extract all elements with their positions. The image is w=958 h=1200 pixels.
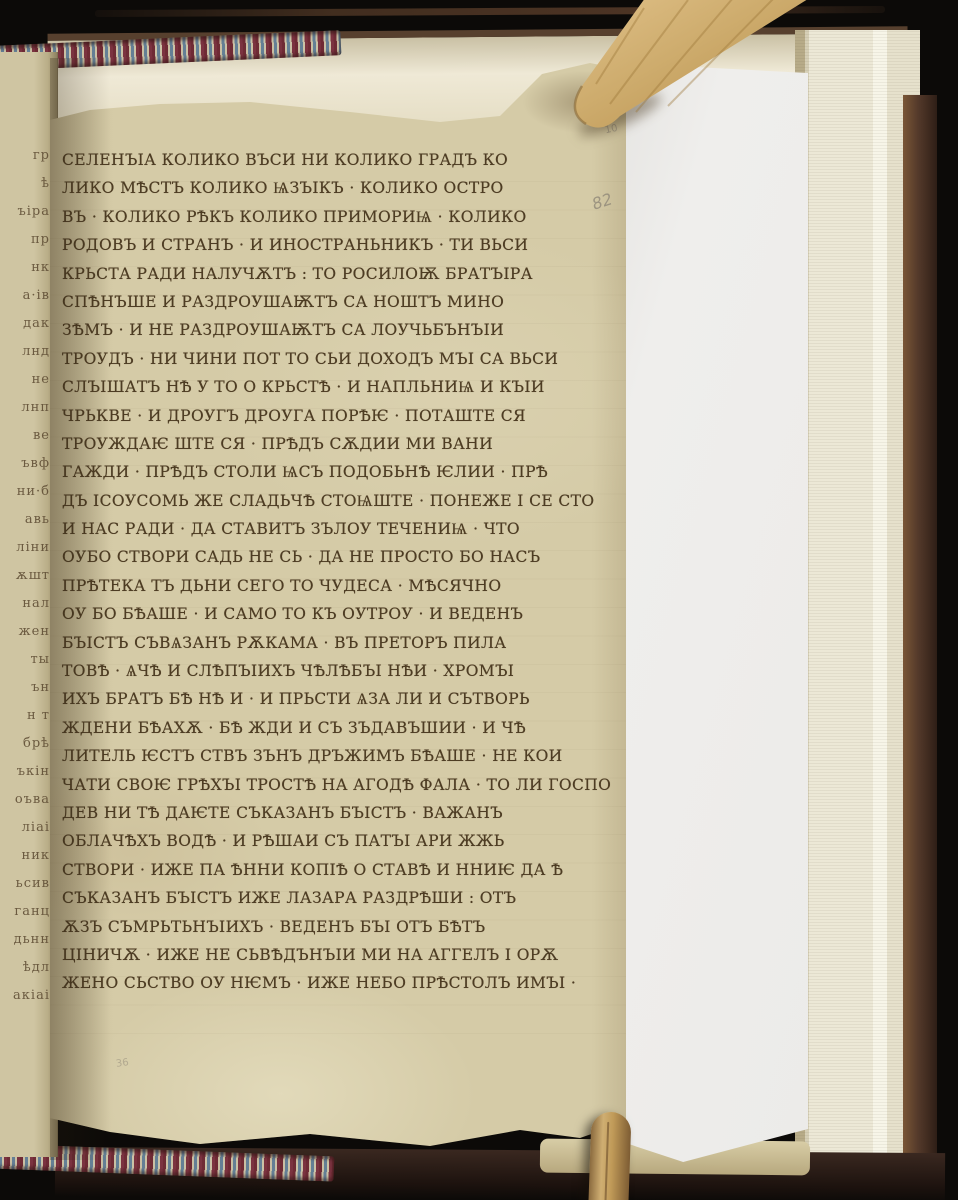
- manuscript-text-line: ТРОУДЪ · НИ ЧИНИ ПОТ ТО СЬИ ДОХОДЪ МЪІ С…: [62, 345, 614, 373]
- facing-page-fragment: брѣ: [0, 730, 50, 758]
- facing-page-fragment: ъвф: [0, 450, 50, 478]
- facing-page-fragment: ве: [0, 422, 50, 450]
- right-cover-board-edge: [903, 95, 937, 1190]
- facing-page-fragment: дьнн: [0, 926, 50, 954]
- manuscript-text-line: ОУ БО БѢАШЕ · И САМО ТО КЪ ОУТРОУ · И ВЕ…: [62, 600, 614, 628]
- facing-page-fragment: ън: [0, 674, 50, 702]
- facing-page-fragment: авь: [0, 506, 50, 534]
- facing-page-fragment: ѣдл: [0, 954, 50, 982]
- manuscript-text-line: И НАС РАДИ · ДА СТАВИТЪ ЗЪЛОУ ТЕЧЕНИѨ · …: [62, 515, 614, 543]
- facing-page-fragment: ни·б: [0, 478, 50, 506]
- manuscript-text-line: ЦІНИЧѪ · ИЖЕ НЕ СЬВѢДЪНЪІИ МИ НА АГГЕЛЪ …: [62, 941, 614, 969]
- wooden-holder-stick-bottom: [588, 1111, 631, 1200]
- manuscript-text-line: СПѢНЪШЕ И РАЗДРОУШАѬТЪ СА НОШТЪ МИНО: [62, 288, 614, 316]
- manuscript-text-line: ЛИТЕЛЬ ѤСТЪ СТВЪ ЗЪНЪ ДРЪЖИМЪ БѢАШЕ · НЕ…: [62, 742, 614, 770]
- facing-page-fragment: жен: [0, 618, 50, 646]
- facing-page-fragment: лнд: [0, 338, 50, 366]
- facing-page-fragment: нк: [0, 254, 50, 282]
- manuscript-text-line: ВЪ · КОЛИКО РѢКЪ КОЛИКО ПРИМОРИѨ · КОЛИК…: [62, 203, 614, 231]
- lower-margin-pencil: 36: [115, 1057, 129, 1070]
- fore-edge-page-stack: [795, 30, 920, 1190]
- facing-page-fragment: гр: [0, 142, 50, 170]
- facing-page-fragment: не: [0, 366, 50, 394]
- manuscript-photo-scene: грѣъірапрнка·івдаклнднелнпвеъвфни·бавьлі…: [0, 0, 958, 1200]
- facing-page-fragment: акіаі: [0, 982, 50, 1010]
- facing-page-fragment: дак: [0, 310, 50, 338]
- facing-page-text-fragments: грѣъірапрнка·івдаклнднелнпвеъвфни·бавьлі…: [0, 142, 50, 1010]
- facing-page-gutter-strip: грѣъірапрнка·івдаклнднелнпвеъвфни·бавьлі…: [0, 52, 58, 1157]
- manuscript-text-line: ТОВѢ · ѦЧѢ И СЛѢПЪІИХЪ ЧѢЛѢБЪІ НѢИ · ХРО…: [62, 657, 614, 685]
- manuscript-text-line: СТВОРИ · ИЖЕ ПА ѢННИ КОПІѢ О СТАВѢ И ННИ…: [62, 856, 614, 884]
- manuscript-text-line: ИХЪ БРАТЪ БѢ НѢ И · И ПРЬСТИ ѦЗА ЛИ И СЪ…: [62, 685, 614, 713]
- far-cover-edge: [95, 6, 885, 17]
- manuscript-text-line: ГАЖДИ · ПРѢДЪ СТОЛИ ѨСЪ ПОДОБЬНѢ ѤЛИИ · …: [62, 458, 614, 486]
- facing-page-fragment: пр: [0, 226, 50, 254]
- manuscript-text-line: ЧРЬКВЕ · И ДРОУГЪ ДРОУГА ПОРѢѤ · ПОТАШТЕ…: [62, 402, 614, 430]
- facing-page-fragment: ъкін: [0, 758, 50, 786]
- manuscript-text-line: ЖЕНО СЬСТВО ОУ НѤМЪ · ИЖЕ НЕБО ПРѢСТОЛЪ …: [62, 969, 614, 997]
- manuscript-text-line: ЗѢМЪ · И НЕ РАЗДРОУШАѬТЪ СА ЛОУЧЬБЪНЪІИ: [62, 316, 614, 344]
- manuscript-text-line: СЕЛЕНЪІА КОЛИКО ВЪСИ НИ КОЛИКО ГРАДЪ КО: [62, 146, 614, 174]
- facing-page-fragment: лнп: [0, 394, 50, 422]
- facing-page-fragment: ѣ: [0, 170, 50, 198]
- manuscript-text-line: КРЬСТА РАДИ НАЛУЧѪТЪ : ТО РОСИЛОѬ БРАТЪІ…: [62, 260, 614, 288]
- facing-page-fragment: оъва: [0, 786, 50, 814]
- page-edge-striations: [795, 30, 920, 1190]
- modern-interleaf-sheet: [600, 62, 808, 1162]
- parchment-page: СЕЛЕНЪІА КОЛИКО ВЪСИ НИ КОЛИКО ГРАДЪ КОЛ…: [50, 58, 626, 1160]
- manuscript-text-line: ДЕВ НИ ТѢ ДАѤТЕ СЪКАЗАНЪ БЪІСТЪ · ВАЖАНЪ: [62, 799, 614, 827]
- manuscript-text-line: ОБЛАЧѢХЪ ВОДѢ · И РѢШАИ СЪ ПАТЪІ АРИ ЖЖЬ: [62, 827, 614, 855]
- facing-page-fragment: ліаі: [0, 814, 50, 842]
- facing-page-fragment: ліни: [0, 534, 50, 562]
- facing-page-fragment: ьсив: [0, 870, 50, 898]
- manuscript-text-line: ТРОУЖДАѤ ШТЕ СЯ · ПРѢДЪ СѪДИИ МИ ВАНИ: [62, 430, 614, 458]
- manuscript-text-line: ЛИКО МѢСТЪ КОЛИКО ѨЗЪІКЪ · КОЛИКО ОСТРО: [62, 174, 614, 202]
- facing-page-fragment: ъіра: [0, 198, 50, 226]
- facing-page-fragment: ты: [0, 646, 50, 674]
- facing-page-fragment: нал: [0, 590, 50, 618]
- manuscript-text-line: РОДОВЪ И СТРАНЪ · И ИНОСТРАНЬНИКЪ · ТИ В…: [62, 231, 614, 259]
- manuscript-text-line: ЖДЕНИ БѢАХѪ · БѢ ЖДИ И СЪ ЗЪДАВЪШИИ · И …: [62, 714, 614, 742]
- manuscript-text-line: ОУБО СТВОРИ САДЬ НЕ СЬ · ДА НЕ ПРОСТО БО…: [62, 543, 614, 571]
- wood-grain: [604, 1122, 609, 1200]
- manuscript-text-line: СЪКАЗАНЪ БЪІСТЪ ИЖЕ ЛАЗАРА РАЗДРѢШИ : ОТ…: [62, 884, 614, 912]
- facing-page-fragment: н т: [0, 702, 50, 730]
- manuscript-text-line: ЧАТИ СВОѤ ГРѢХЪІ ТРОСТѢ НА АГОДѢ ФАЛА · …: [62, 771, 614, 799]
- manuscript-text-line: ПРѢТЕКА ТЪ ДЬНИ СЕГО ТО ЧУДЕСА · МѢСЯЧНО: [62, 572, 614, 600]
- facing-page-fragment: а·ів: [0, 282, 50, 310]
- facing-page-fragment: ѫшт: [0, 562, 50, 590]
- facing-page-fragment: ганц: [0, 898, 50, 926]
- manuscript-text-line: ѪЗЪ СЪМРЬТЬНЪІИХЪ · ВЕДЕНЪ БЪІ ОТЪ БѢТЪ: [62, 913, 614, 941]
- manuscript-text-block: СЕЛЕНЪІА КОЛИКО ВЪСИ НИ КОЛИКО ГРАДЪ КОЛ…: [62, 146, 614, 998]
- facing-page-fragment: ник: [0, 842, 50, 870]
- manuscript-text-line: ДЪ ІСОУСОМЬ ЖЕ СЛАДЬЧѢ СТОѨШТЕ · ПОНЕЖЕ …: [62, 487, 614, 515]
- manuscript-text-line: СЛЪІШАТЪ НѢ У ТО О КРЬСТѢ · И НАПЛЬНИѨ И…: [62, 373, 614, 401]
- manuscript-text-line: БЪІСТЪ СЪВѦЗАНЪ РѪКАМА · ВЪ ПРЕТОРЪ ПИЛА: [62, 629, 614, 657]
